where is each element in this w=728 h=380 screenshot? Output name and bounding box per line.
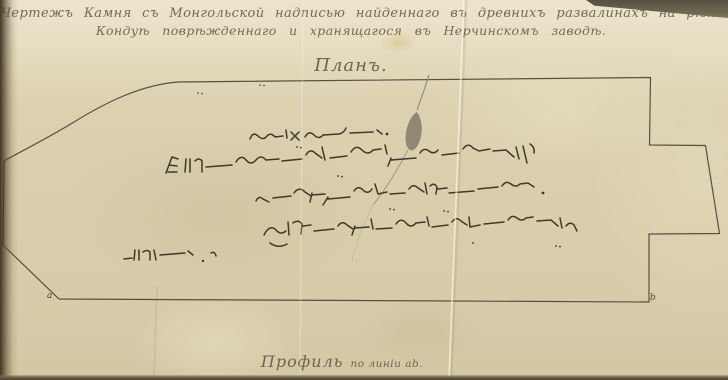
inscription-line-4 [264, 216, 577, 246]
inscription-line-3 [256, 182, 544, 205]
inscription-line-2 [166, 144, 534, 173]
plan-drawing [0, 0, 728, 380]
scanned-drawing-sheet: Чертежъ Камня съ Монгольской надписью на… [0, 0, 728, 380]
fold-lines [154, 0, 466, 380]
paper-edge-bottom [0, 375, 728, 380]
inscription-line-5 [124, 250, 216, 262]
inscription-line-1 [250, 128, 388, 140]
binding-shadow-left [0, 0, 18, 380]
inscription-dots [197, 84, 561, 247]
stone-outline [3, 78, 720, 303]
paper-crease [352, 75, 429, 262]
